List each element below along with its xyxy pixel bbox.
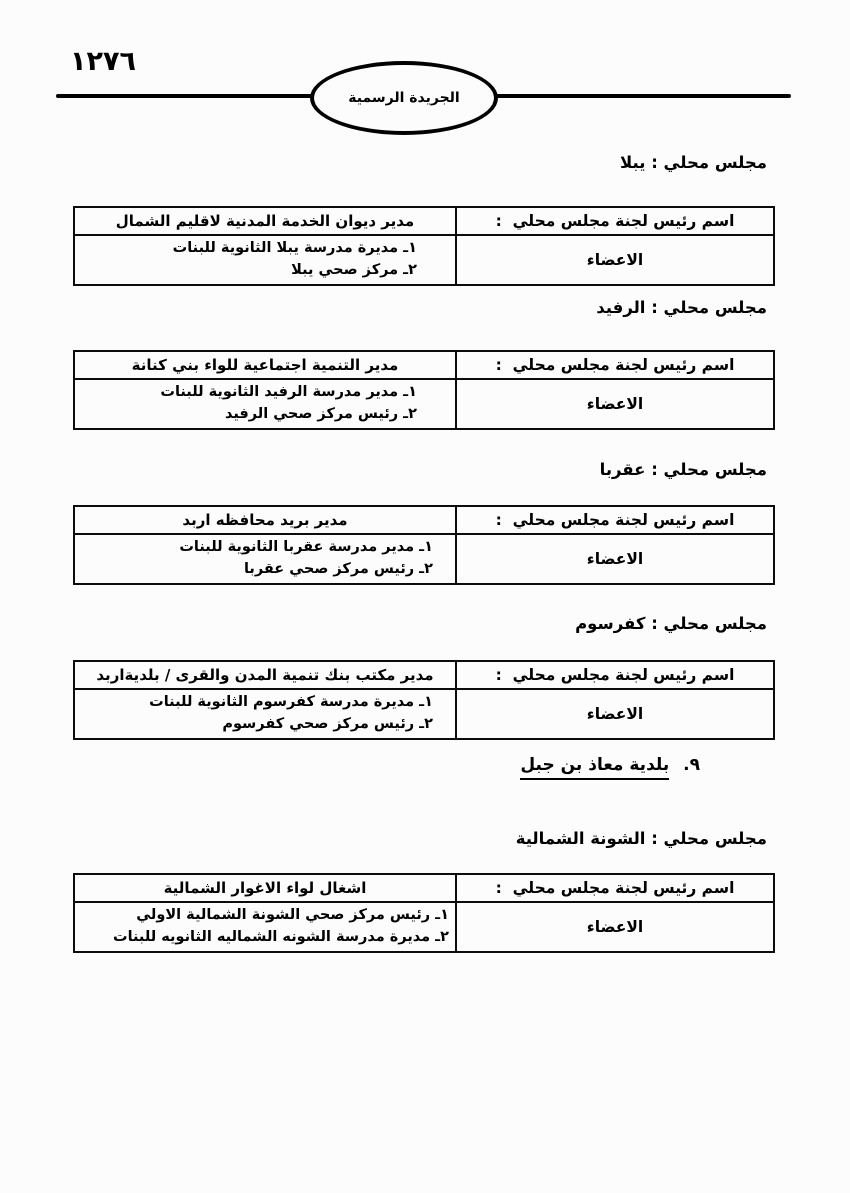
chairman-value-cell: اشغال لواء الاغوار الشمالية bbox=[74, 874, 456, 902]
municipality-heading: ٩. بلدية معاذ بن جبل bbox=[520, 755, 700, 775]
table-row: الاعضاء ١ـ مديرة مدرسة يبلا الثانوية للب… bbox=[74, 235, 774, 285]
masthead-ellipse: الجريدة الرسمية bbox=[310, 61, 498, 135]
section-title-shuneh: مجلس محلي : الشونة الشمالية bbox=[516, 827, 767, 851]
member-line: ١ـ رئيس مركز صحي الشونة الشمالية الاولي bbox=[75, 905, 455, 927]
chairman-value-cell: مدير التنمية اجتماعية للواء بني كنانة bbox=[74, 351, 456, 379]
table-row: اسم رئيس لجنة مجلس محلي : اشغال لواء الا… bbox=[74, 874, 774, 902]
council-table-rafid: اسم رئيس لجنة مجلس محلي : مدير التنمية ا… bbox=[73, 350, 775, 430]
chairman-label-cell: اسم رئيس لجنة مجلس محلي : bbox=[456, 874, 774, 902]
members-label-cell: الاعضاء bbox=[456, 379, 774, 429]
members-label-cell: الاعضاء bbox=[456, 534, 774, 584]
table-row: الاعضاء ١ـ رئيس مركز صحي الشونة الشمالية… bbox=[74, 902, 774, 952]
municipality-heading-title: بلدية معاذ بن جبل bbox=[520, 755, 669, 780]
chairman-label-cell: اسم رئيس لجنة مجلس محلي : bbox=[456, 351, 774, 379]
council-table-aqraba: اسم رئيس لجنة مجلس محلي : مدير بريد محاف… bbox=[73, 505, 775, 585]
members-label-cell: الاعضاء bbox=[456, 689, 774, 739]
member-line: ٢ـ رئيس مركز صحي كفرسوم bbox=[75, 714, 455, 736]
chairman-value-cell: مدير مكتب بنك تنمية المدن والقرى / بلدية… bbox=[74, 661, 456, 689]
chairman-label-cell: اسم رئيس لجنة مجلس محلي : bbox=[456, 661, 774, 689]
gazette-page: ١٢٧٦ الجريدة الرسمية مجلس محلي : يبلا اس… bbox=[0, 0, 850, 1193]
table-row: اسم رئيس لجنة مجلس محلي : مدير التنمية ا… bbox=[74, 351, 774, 379]
member-line: ٢ـ مديرة مدرسة الشونه الشماليه الثانويه … bbox=[75, 927, 455, 949]
council-table-kufrsoum: اسم رئيس لجنة مجلس محلي : مدير مكتب بنك … bbox=[73, 660, 775, 740]
members-label-cell: الاعضاء bbox=[456, 902, 774, 952]
chairman-label-cell: اسم رئيس لجنة مجلس محلي : bbox=[456, 506, 774, 534]
members-value-cell: ١ـ رئيس مركز صحي الشونة الشمالية الاولي … bbox=[74, 902, 456, 952]
municipality-heading-number: ٩. bbox=[683, 755, 700, 775]
council-table-shuneh: اسم رئيس لجنة مجلس محلي : اشغال لواء الا… bbox=[73, 873, 775, 953]
section-title-yabla: مجلس محلي : يبلا bbox=[620, 151, 767, 175]
section-title-kufrsoum: مجلس محلي : كفرسوم bbox=[575, 612, 767, 636]
member-line: ١ـ مديرة مدرسة كفرسوم الثانوية للبنات bbox=[75, 692, 455, 714]
table-row: الاعضاء ١ـ مدير مدرسة الرفيد الثانوية لل… bbox=[74, 379, 774, 429]
chairman-value-cell: مدير ديوان الخدمة المدنية لاقليم الشمال bbox=[74, 207, 456, 235]
chairman-value-cell: مدير بريد محافظه اربد bbox=[74, 506, 456, 534]
table-row: اسم رئيس لجنة مجلس محلي : مدير بريد محاف… bbox=[74, 506, 774, 534]
members-value-cell: ١ـ مديرة مدرسة كفرسوم الثانوية للبنات ٢ـ… bbox=[74, 689, 456, 739]
table-row: الاعضاء ١ـ مدير مدرسة عقربا الثانوية للب… bbox=[74, 534, 774, 584]
table-row: اسم رئيس لجنة مجلس محلي : مدير مكتب بنك … bbox=[74, 661, 774, 689]
member-line: ١ـ مديرة مدرسة يبلا الثانوية للبنات bbox=[75, 238, 455, 260]
members-value-cell: ١ـ مديرة مدرسة يبلا الثانوية للبنات ٢ـ م… bbox=[74, 235, 456, 285]
chairman-label-cell: اسم رئيس لجنة مجلس محلي : bbox=[456, 207, 774, 235]
masthead-title: الجريدة الرسمية bbox=[348, 90, 459, 106]
members-value-cell: ١ـ مدير مدرسة عقربا الثانوية للبنات ٢ـ ر… bbox=[74, 534, 456, 584]
member-line: ٢ـ رئيس مركز صحي عقربا bbox=[75, 559, 455, 581]
member-line: ٢ـ مركز صحي يبلا bbox=[75, 260, 455, 282]
section-title-rafid: مجلس محلي : الرفيد bbox=[596, 296, 767, 320]
page-number: ١٢٧٦ bbox=[70, 46, 136, 77]
members-label-cell: الاعضاء bbox=[456, 235, 774, 285]
member-line: ١ـ مدير مدرسة الرفيد الثانوية للبنات bbox=[75, 382, 455, 404]
members-value-cell: ١ـ مدير مدرسة الرفيد الثانوية للبنات ٢ـ … bbox=[74, 379, 456, 429]
member-line: ٢ـ رئيس مركز صحي الرفيد bbox=[75, 404, 455, 426]
section-title-aqraba: مجلس محلي : عقربا bbox=[600, 458, 767, 482]
member-line: ١ـ مدير مدرسة عقربا الثانوية للبنات bbox=[75, 537, 455, 559]
council-table-yabla: اسم رئيس لجنة مجلس محلي : مدير ديوان الخ… bbox=[73, 206, 775, 286]
table-row: الاعضاء ١ـ مديرة مدرسة كفرسوم الثانوية ل… bbox=[74, 689, 774, 739]
table-row: اسم رئيس لجنة مجلس محلي : مدير ديوان الخ… bbox=[74, 207, 774, 235]
